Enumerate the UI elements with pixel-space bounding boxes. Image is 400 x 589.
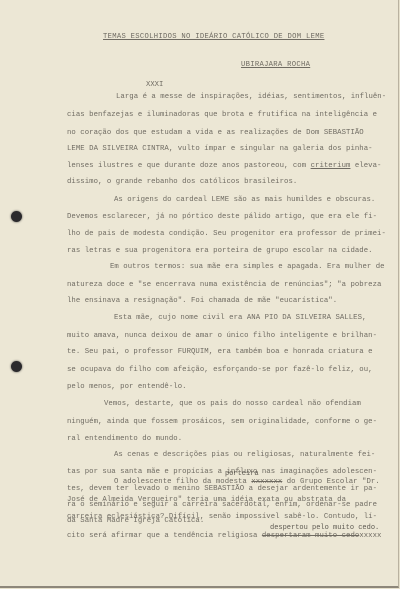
body-line: lho de pais de modesta condição. Seu pro…	[67, 231, 386, 238]
body-line: lenses ilustres e que durante doze anos …	[67, 163, 381, 170]
typewritten-page: TEMAS ESCOLHIDOS NO IDEÁRIO CATÓLICO DE …	[0, 0, 399, 588]
underlined-word: criterium	[311, 162, 351, 170]
chapter-number: XXXI	[146, 81, 163, 89]
body-line: lhe ensinava a resignação". Foi chamada …	[67, 298, 337, 305]
punch-hole-bottom	[11, 361, 22, 372]
document-title: TEMAS ESCOLHIDOS NO IDEÁRIO CATÓLICO DE …	[103, 33, 324, 41]
text-segment: do Grupo Escolar "Dr.	[282, 478, 379, 486]
body-line: se ocupava do filho com afeição, esforça…	[67, 367, 373, 374]
body-line: Devemos esclarecer, já no pórtico deste …	[67, 214, 377, 221]
body-line: tas por sua santa mãe e propícias a infl…	[67, 469, 377, 476]
author-name: UBIRAJARA ROCHA	[241, 61, 310, 69]
struck-text: xxxxx	[359, 532, 381, 540]
struck-text: xxxxxxx	[251, 478, 282, 486]
punch-hole-top	[11, 211, 22, 222]
body-line: cias benfazejas e iluminadoras que brota…	[67, 112, 377, 119]
text-segment: eleva-	[350, 162, 381, 170]
body-line: As cenas e descrições pias ou religiosas…	[114, 452, 375, 459]
body-line: LEME DA SILVEIRA CINTRA, vulto ímpar e s…	[67, 146, 373, 153]
body-line: Vemos, destarte, que os pais do nosso ca…	[104, 401, 361, 408]
body-line-jose: José de Almeida Vergueiro" teria uma idé…	[67, 497, 346, 504]
body-line-adolescente: O adolescente filho da modesta xxxxxxx d…	[114, 479, 380, 486]
text-segment: O adolescente filho da modesta	[114, 478, 251, 486]
body-line: tes, devem ter levado o menino SEBASTIÃO…	[67, 486, 377, 493]
body-line: muito amava, nunca deixou de amar o únic…	[67, 333, 377, 340]
body-line: Esta mãe, cujo nome civil era ANA PIO DA…	[114, 315, 366, 322]
body-line-carreira: carreira eclesiástica? Difícil, senão im…	[67, 514, 377, 521]
text-segment: cito será afirmar que a tendência religi…	[67, 532, 262, 540]
body-line: pelo menos, por entendê-lo.	[67, 384, 187, 391]
insert-porteira: porteira	[225, 470, 259, 478]
body-line-cito: cito será afirmar que a tendência religi…	[67, 533, 381, 540]
body-line: Em outros termos: sua mãe era simples e …	[110, 264, 385, 271]
text-segment: lenses ilustres e que durante doze anos …	[67, 162, 311, 170]
body-line: dissimo, o grande rebanho dos católicos …	[67, 179, 297, 186]
body-line: As origens do cardeal LEME são as mais h…	[114, 197, 375, 204]
body-line: ral entendimento do mundo.	[67, 436, 182, 443]
body-line: te. Seu pai, o professor FURQUIM, era ta…	[67, 349, 373, 356]
body-line: ras letras e sua progenitora era porteir…	[67, 248, 373, 255]
insert-despertou: despertou pelo muito cedo.	[270, 524, 379, 532]
body-line: natureza doce e "se encerrava numa exist…	[67, 282, 381, 289]
body-line: Larga é a messe de inspirações, idéias, …	[116, 94, 386, 101]
body-line: no coração dos que estudam a vida e as r…	[67, 130, 364, 137]
body-line: ninguém, ainda que fossem prosáicos, sem…	[67, 419, 377, 426]
struck-text: despertaram muito cedo	[262, 532, 359, 540]
